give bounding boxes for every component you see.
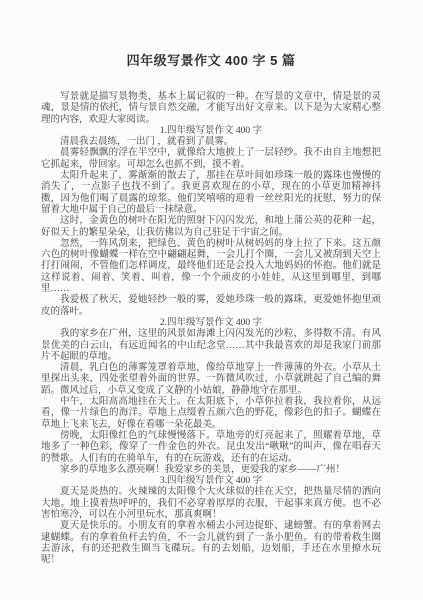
body-paragraph: 傍晚，太阳像红色的气球慢慢落下。草地旁的灯亮起来了，照耀着草地，草地多了一种色彩… [41, 431, 381, 465]
body-paragraph: 夏天是炎热的。火辣辣的太阳像个大火球似的挂在天空，把热量尽情的洒向大地。地上摸着… [41, 487, 381, 521]
page-title: 四年级写景作文 400 字 5 篇 [41, 54, 381, 68]
body-paragraph: 我的家乡在广州，这里的风景如海滩上闪闪发光的沙粒，多得数不清。有风景优美的白云山… [41, 329, 381, 363]
essay-section: 3.四年级写景作文 400 字夏天是炎热的。火辣辣的太阳像个大火球似的挂在天空，… [41, 476, 381, 566]
section-heading: 2.四年级写景作文 400 字 [41, 318, 381, 329]
body-paragraph: 太阳升起来了，雾渐渐的散去了，那挂在草叶间如珍珠一般的露珠也慢慢的消失了，一点影… [41, 171, 381, 216]
body-paragraph: 清晨，乳白色的薄雾笼罩着草地，像给草地穿上一件薄薄的外衣。小草从土里探出头来，四… [41, 363, 381, 397]
body-paragraph: 晨雾轻飘飘的浮在半空中，就像给大地披上了一层轻纱。我不由自主地想把它抓起来，带回… [41, 148, 381, 171]
essay-section: 1.四年级写景作文 400 字清晨我去晨练，一出门 ，就看到了晨雾。晨雾轻飘飘的… [41, 126, 381, 318]
body-paragraph: 我爱极了秋天，爱她轻纱一般的雾，爱她珍珠一般的露珠，更爱她怀抱里顽皮的落叶。 [41, 295, 381, 318]
intro-paragraph: 写景就是描写景物类，基本上属记叙的一种。在写景的文章中，情是景的灵魂，景是情的依… [41, 92, 381, 126]
body-paragraph: 清晨我去晨练，一出门 ，就看到了晨雾。 [41, 137, 381, 148]
body-paragraph: 忽然，一阵风刮来，把绿色、黄色的树叶从树妈妈的身上拉了下来。这五颜六色的树叶像蝴… [41, 239, 381, 295]
sections-container: 1.四年级写景作文 400 字清晨我去晨练，一出门 ，就看到了晨雾。晨雾轻飘飘的… [41, 126, 381, 567]
body-paragraph: 中午，太阳高高地挂在天上。在太阳底下，小草你拉着我，我拉着你，从远看，像一片绿色… [41, 397, 381, 431]
essay-section: 2.四年级写景作文 400 字我的家乡在广州，这里的风景如海滩上闪闪发光的沙粒，… [41, 318, 381, 476]
body-paragraph: 这时，金黄色的树叶在阳光的照射下闪闪发光，和地上蒲公英的花种一起，好似天上的繁星… [41, 216, 381, 239]
body-paragraph: 家乡的草地多么漂亮啊！我爱家乡的美景，更爱我的家乡——广州！ [41, 465, 381, 476]
document-page: 四年级写景作文 400 字 5 篇 写景就是描写景物类，基本上属记叙的一种。在写… [0, 0, 423, 600]
section-heading: 1.四年级写景作文 400 字 [41, 126, 381, 137]
body-paragraph: 夏天是快乐的。小朋友有的拿着水桶去小河边捉虾、逮螃蟹。有的拿着网去逮蝴蝶。有的拿… [41, 521, 381, 566]
section-heading: 3.四年级写景作文 400 字 [41, 476, 381, 487]
